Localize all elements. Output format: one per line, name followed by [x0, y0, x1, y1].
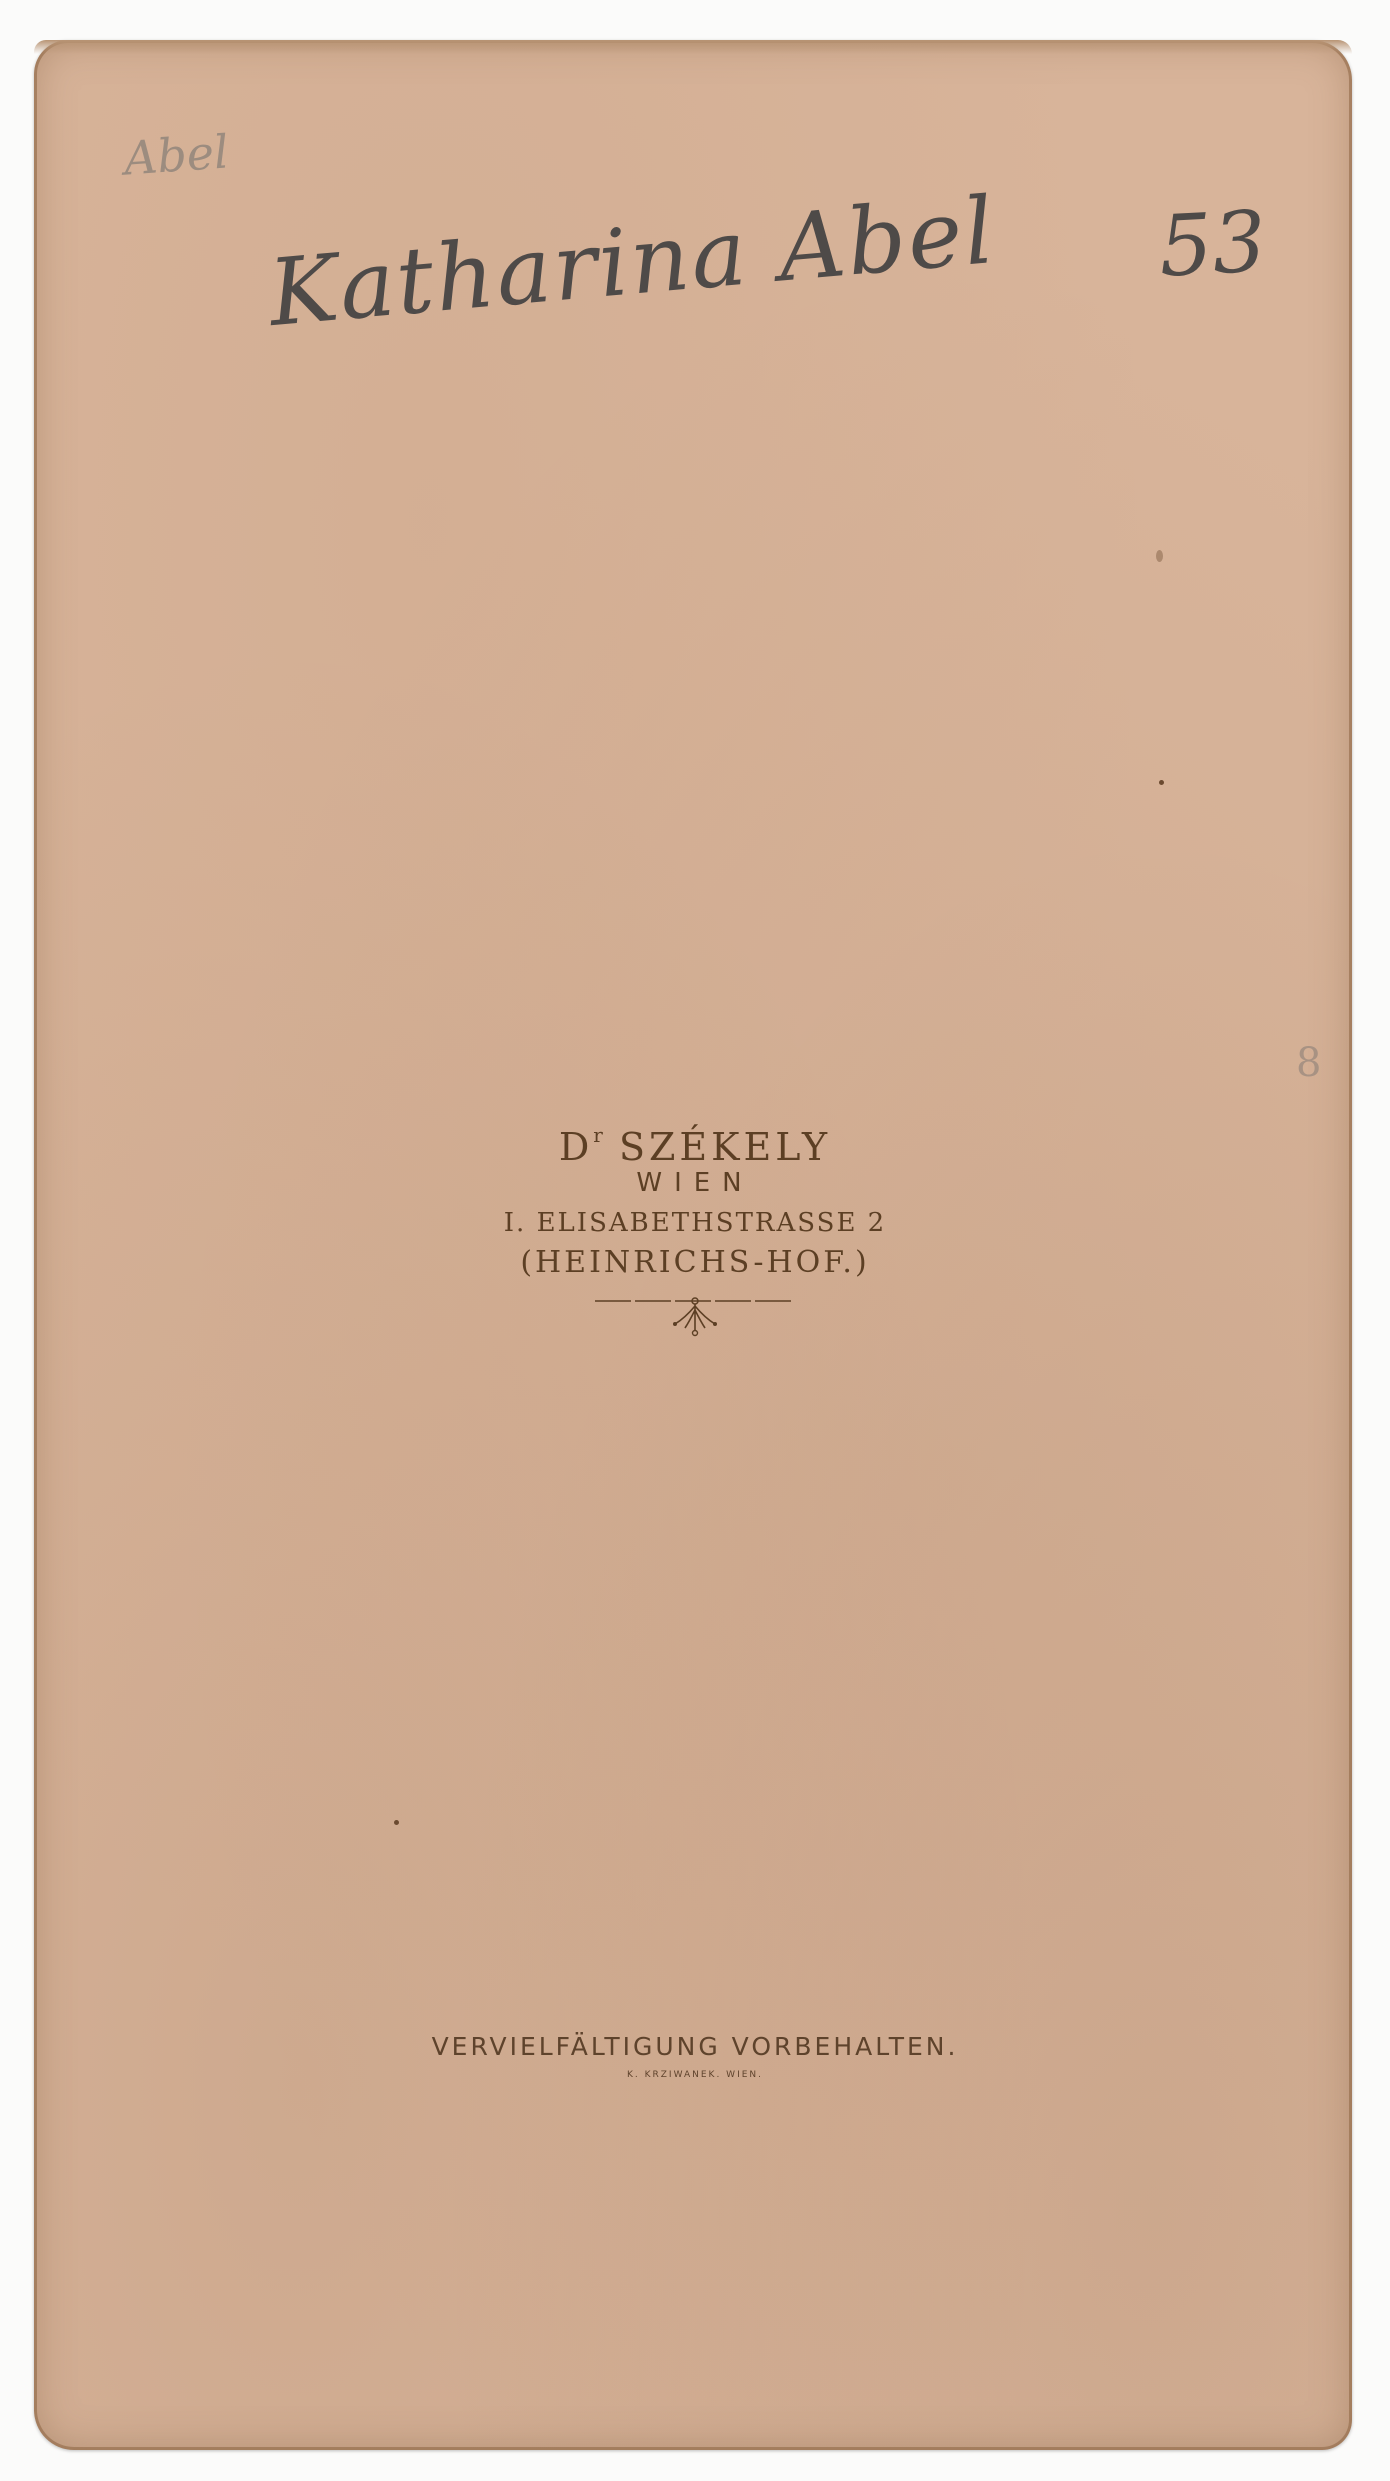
- printer-credit: K. KRZIWANEK. WIEN.: [0, 2070, 1390, 2080]
- studio-address: I. ELISABETHSTRASSE 2: [0, 1208, 1390, 1238]
- paper-fleck: [1156, 550, 1163, 562]
- studio-building: (HEINRICHS-HOF.): [0, 1245, 1390, 1280]
- pencil-inscription-name: Katharina Abel: [265, 177, 1000, 347]
- paper-fleck: [1159, 780, 1164, 785]
- studio-name: Dr SZÉKELY: [0, 1123, 1390, 1169]
- pencil-edge-mark: 8: [1296, 1040, 1321, 1086]
- studio-city: WIEN: [0, 1168, 1390, 1198]
- paper-fleck: [394, 1820, 399, 1825]
- rights-notice: VERVIELFÄLTIGUNG VORBEHALTEN.: [0, 2032, 1390, 2061]
- pencil-note-top-left: Abel: [122, 124, 230, 185]
- pencil-inscription-number: 53: [1157, 192, 1269, 295]
- ornament-flourish-icon: [595, 1296, 795, 1341]
